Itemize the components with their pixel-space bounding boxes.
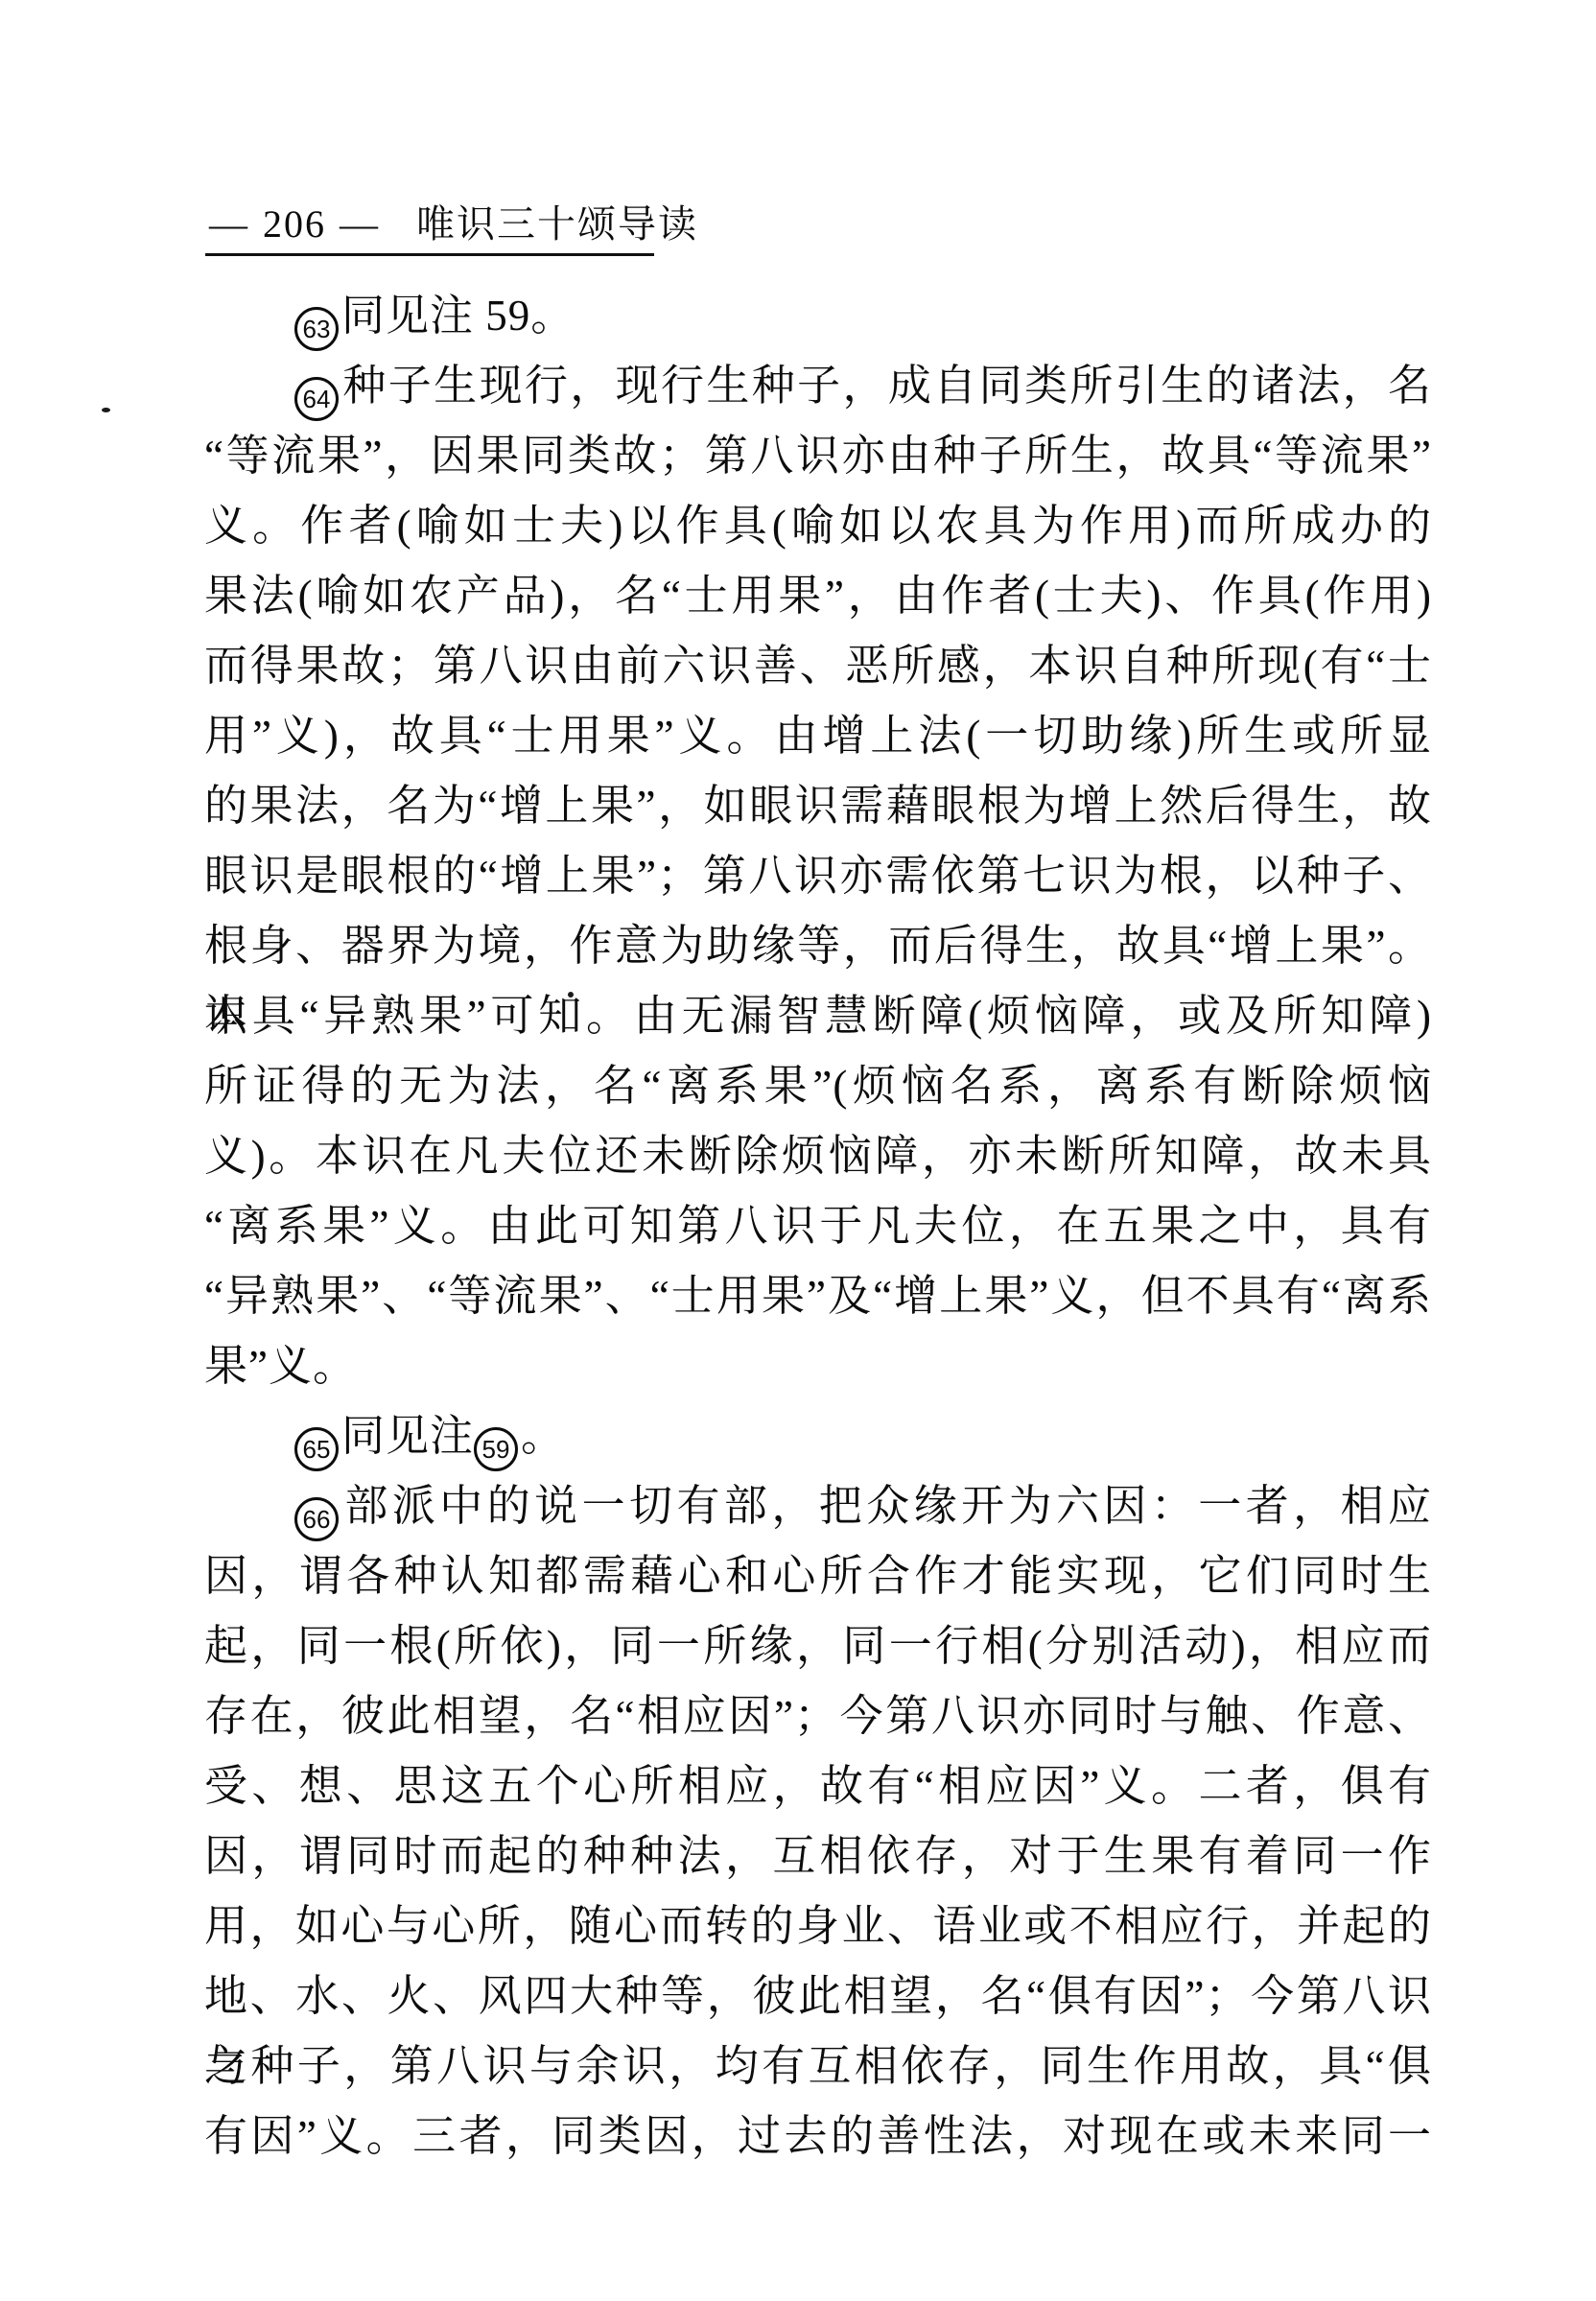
circled-number: 64 [294,377,339,421]
scan-artifact [568,992,574,998]
text-line: “异熟果”、“等流果”、“士用果”及“增上果”义，但不具有“离系 [204,1261,1432,1331]
text-line: 果法(喻如农产品)，名“士用果”，由作者(士夫)、作具(作用) [204,561,1432,631]
text-segment: 识具“异熟果”可知。由无漏智慧断障(烦恼障，或及所知障) [204,992,1432,1040]
text-line: 起，同一根(所依)，同一所缘，同一行相(分别活动)，相应而 [204,1611,1432,1681]
text-segment: 眼识是眼根的“增上果”；第八识亦需依第七识为根，以种子、 [204,852,1432,900]
text-segment: 受、想、思这五个心所相应，故有“相应因”义。二者，俱有 [204,1762,1432,1810]
text-line: 用，如心与心所，随心而转的身业、语业或不相应行，并起的 [204,1891,1432,1961]
text-line: “离系果”义。由此可知第八识于凡夫位，在五果之中，具有 [204,1191,1432,1261]
text-line: 义)。本识在凡夫位还未断除烦恼障，亦未断所知障，故未具 [204,1121,1432,1191]
text-segment: 。 [521,1412,565,1460]
text-segment: 因，谓各种认知都需藉心和心所合作才能实现，它们同时生 [204,1552,1432,1600]
header-dash-right: — [340,202,380,246]
text-segment: 义。作者(喻如士夫)以作具(喻如以农具为作用)而所成办的 [204,502,1432,550]
text-segment: 存在，彼此相望，名“相应因”；今第八识亦同时与触、作意、 [204,1692,1432,1740]
text-line: 义。作者(喻如士夫)以作具(喻如以农具为作用)而所成办的 [204,491,1432,561]
text-line: 64种子生现行，现行生种子，成自同类所引生的诸法，名 [204,351,1432,421]
text-segment: 因，谓同时而起的种种法，互相依存，对于生果有着同一作 [204,1832,1432,1880]
text-line: 因，谓各种认知都需藉心和心所合作才能实现，它们同时生 [204,1541,1432,1611]
text-line: 的果法，名为“增上果”，如眼识需藉眼根为增上然后得生，故 [204,771,1432,841]
text-line: 用”义)，故具“士用果”义。由增上法(一切助缘)所生或所显 [204,701,1432,771]
text-line: 果”义。 [204,1331,1432,1401]
text-segment: 同见注 59。 [341,292,575,340]
header-rule [205,253,654,256]
text-line: 65同见注59。 [204,1401,1432,1471]
text-segment: “异熟果”、“等流果”、“士用果”及“增上果”义，但不具有“离系 [204,1272,1432,1320]
text-line: 识具“异熟果”可知。由无漏智慧断障(烦恼障，或及所知障) [204,981,1432,1051]
text-segment: 种子生现行，现行生种子，成自同类所引生的诸法，名 [341,362,1432,410]
text-body: 63同见注 59。64种子生现行，现行生种子，成自同类所引生的诸法，名“等流果”… [204,281,1432,2172]
header-dash-left: — [209,202,249,246]
text-segment: 所证得的无为法，名“离系果”(烦恼名系，离系有断除烦恼 [204,1062,1432,1110]
text-line: 有因”义。三者，同类因，过去的善性法，对现在或未来同一 [204,2101,1432,2172]
text-segment: 义)。本识在凡夫位还未断除烦恼障，亦未断所知障，故未具 [204,1132,1432,1180]
text-line: 与种子，第八识与余识，均有互相依存，同生作用故，具“俱 [204,2031,1432,2101]
text-line: “等流果”，因果同类故；第八识亦由种子所生，故具“等流果” [204,421,1432,491]
page-number: 206 [263,202,326,246]
circled-number: 66 [294,1497,339,1541]
text-segment: 用”义)，故具“士用果”义。由增上法(一切助缘)所生或所显 [204,712,1432,760]
circled-number: 59 [474,1427,518,1471]
text-segment: 同见注 [341,1412,474,1460]
text-segment: 的果法，名为“增上果”，如眼识需藉眼根为增上然后得生，故 [204,782,1432,830]
text-segment: 部派中的说一切有部，把众缘开为六因：一者，相应 [341,1482,1432,1530]
circled-number: 63 [294,307,339,351]
book-title: 唯识三十颂导读 [416,202,698,246]
page-header: —206—唯识三十颂导读 [209,200,698,249]
text-line: 地、水、火、风四大种等，彼此相望，名“俱有因”；今第八识之 [204,1961,1432,2031]
text-segment: 而得果故；第八识由前六识善、恶所感，本识自种所现(有“士 [204,642,1432,690]
text-line: 根身、器界为境，作意为助缘等，而后得生，故具“增上果”。本 [204,911,1432,981]
scan-artifact [102,408,110,412]
text-segment: 用，如心与心所，随心而转的身业、语业或不相应行，并起的 [204,1902,1432,1950]
book-page: —206—唯识三十颂导读 63同见注 59。64种子生现行，现行生种子，成自同类… [0,0,1596,2301]
text-segment: 与种子，第八识与余识，均有互相依存，同生作用故，具“俱 [204,2042,1432,2090]
text-segment: 果”义。 [204,1342,357,1390]
text-line: 66部派中的说一切有部，把众缘开为六因：一者，相应 [204,1471,1432,1541]
text-segment: 有因”义。三者，同类因，过去的善性法，对现在或未来同一 [204,2112,1432,2160]
text-line: 受、想、思这五个心所相应，故有“相应因”义。二者，俱有 [204,1751,1432,1821]
text-segment: “等流果”，因果同类故；第八识亦由种子所生，故具“等流果” [204,432,1432,480]
text-line: 而得果故；第八识由前六识善、恶所感，本识自种所现(有“士 [204,631,1432,701]
text-line: 因，谓同时而起的种种法，互相依存，对于生果有着同一作 [204,1821,1432,1891]
text-line: 眼识是眼根的“增上果”；第八识亦需依第七识为根，以种子、 [204,841,1432,911]
text-segment: 果法(喻如农产品)，名“士用果”，由作者(士夫)、作具(作用) [204,572,1432,620]
text-line: 所证得的无为法，名“离系果”(烦恼名系，离系有断除烦恼 [204,1051,1432,1121]
text-segment: “离系果”义。由此可知第八识于凡夫位，在五果之中，具有 [204,1202,1432,1250]
circled-number: 65 [294,1427,339,1471]
text-line: 存在，彼此相望，名“相应因”；今第八识亦同时与触、作意、 [204,1681,1432,1751]
text-segment: 起，同一根(所依)，同一所缘，同一行相(分别活动)，相应而 [204,1622,1432,1670]
text-line: 63同见注 59。 [204,281,1432,351]
